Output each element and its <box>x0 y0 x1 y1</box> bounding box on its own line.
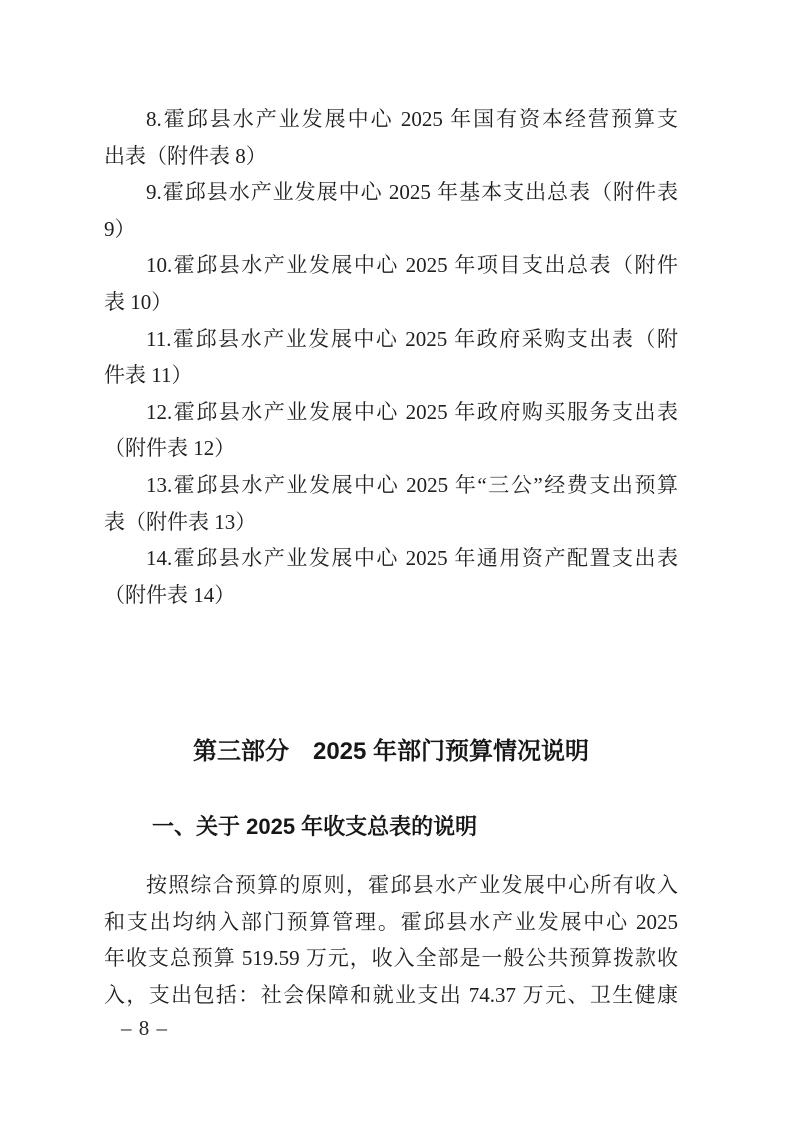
document-page: 8.霍邱县水产业发展中心 2025 年国有资本经营预算支 出表（附件表 8） 9… <box>0 0 793 1122</box>
text-line: 表 10） <box>104 284 678 321</box>
text-line: 出表（附件表 8） <box>104 138 678 175</box>
text-line: 13.霍邱县水产业发展中心 2025 年“三公”经费支出预算 <box>104 467 678 504</box>
text-line: （附件表 12） <box>104 430 678 467</box>
text-line: 14.霍邱县水产业发展中心 2025 年通用资产配置支出表 <box>104 540 678 577</box>
attachment-item-12: 12.霍邱县水产业发展中心 2025 年政府购买服务支出表 （附件表 12） <box>104 394 678 467</box>
attachment-list: 8.霍邱县水产业发展中心 2025 年国有资本经营预算支 出表（附件表 8） 9… <box>104 101 678 613</box>
text-line: 8.霍邱县水产业发展中心 2025 年国有资本经营预算支 <box>104 101 678 138</box>
text-line: 年收支总预算 519.59 万元，收入全部是一般公共预算拨款收 <box>104 940 678 977</box>
text-line: 9.霍邱县水产业发展中心 2025 年基本支出总表（附件表 <box>104 174 678 211</box>
text-line: 和支出均纳入部门预算管理。霍邱县水产业发展中心 2025 <box>104 904 678 941</box>
text-line: 12.霍邱县水产业发展中心 2025 年政府购买服务支出表 <box>104 394 678 431</box>
attachment-item-11: 11.霍邱县水产业发展中心 2025 年政府采购支出表（附 件表 11） <box>104 321 678 394</box>
text-line: 表（附件表 13） <box>104 504 678 541</box>
text-line: 11.霍邱县水产业发展中心 2025 年政府采购支出表（附 <box>104 321 678 358</box>
text-line: 10.霍邱县水产业发展中心 2025 年项目支出总表（附件 <box>104 247 678 284</box>
budget-summary-paragraph: 按照综合预算的原则，霍邱县水产业发展中心所有收入 和支出均纳入部门预算管理。霍邱… <box>104 867 678 1013</box>
text-line: 入，支出包括：社会保障和就业支出 74.37 万元、卫生健康 <box>104 977 678 1014</box>
attachment-item-8: 8.霍邱县水产业发展中心 2025 年国有资本经营预算支 出表（附件表 8） <box>104 101 678 174</box>
text-line: 件表 11） <box>104 357 678 394</box>
attachment-item-9: 9.霍邱县水产业发展中心 2025 年基本支出总表（附件表 9） <box>104 174 678 247</box>
text-line: 9） <box>104 211 678 248</box>
text-line: （附件表 14） <box>104 577 678 614</box>
section-heading: 第三部分 2025 年部门预算情况说明 <box>104 731 678 773</box>
attachment-item-10: 10.霍邱县水产业发展中心 2025 年项目支出总表（附件 表 10） <box>104 247 678 320</box>
subsection-heading: 一、关于 2025 年收支总表的说明 <box>104 808 678 846</box>
page-number: – 8 – <box>121 1014 168 1042</box>
text-line: 按照综合预算的原则，霍邱县水产业发展中心所有收入 <box>104 867 678 904</box>
attachment-item-14: 14.霍邱县水产业发展中心 2025 年通用资产配置支出表 （附件表 14） <box>104 540 678 613</box>
attachment-item-13: 13.霍邱县水产业发展中心 2025 年“三公”经费支出预算 表（附件表 13） <box>104 467 678 540</box>
